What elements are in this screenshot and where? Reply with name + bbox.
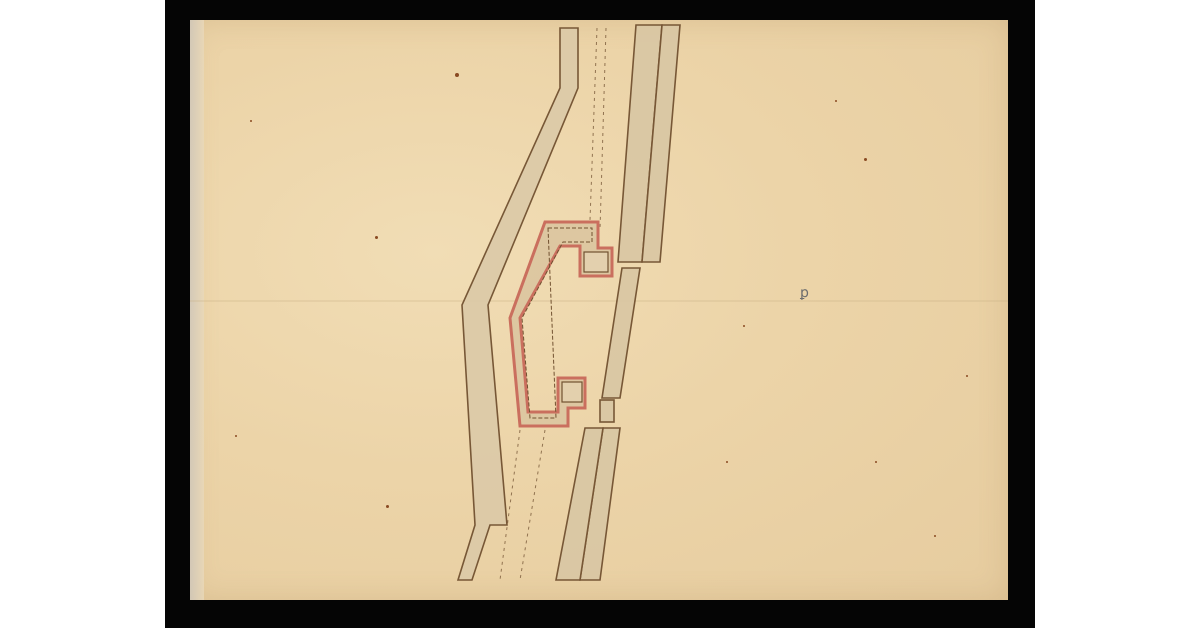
pencil-annotation: ꝑ	[800, 285, 809, 302]
fortification-drawing	[0, 0, 1200, 628]
right-wall	[556, 25, 680, 580]
hornwork	[510, 222, 612, 426]
